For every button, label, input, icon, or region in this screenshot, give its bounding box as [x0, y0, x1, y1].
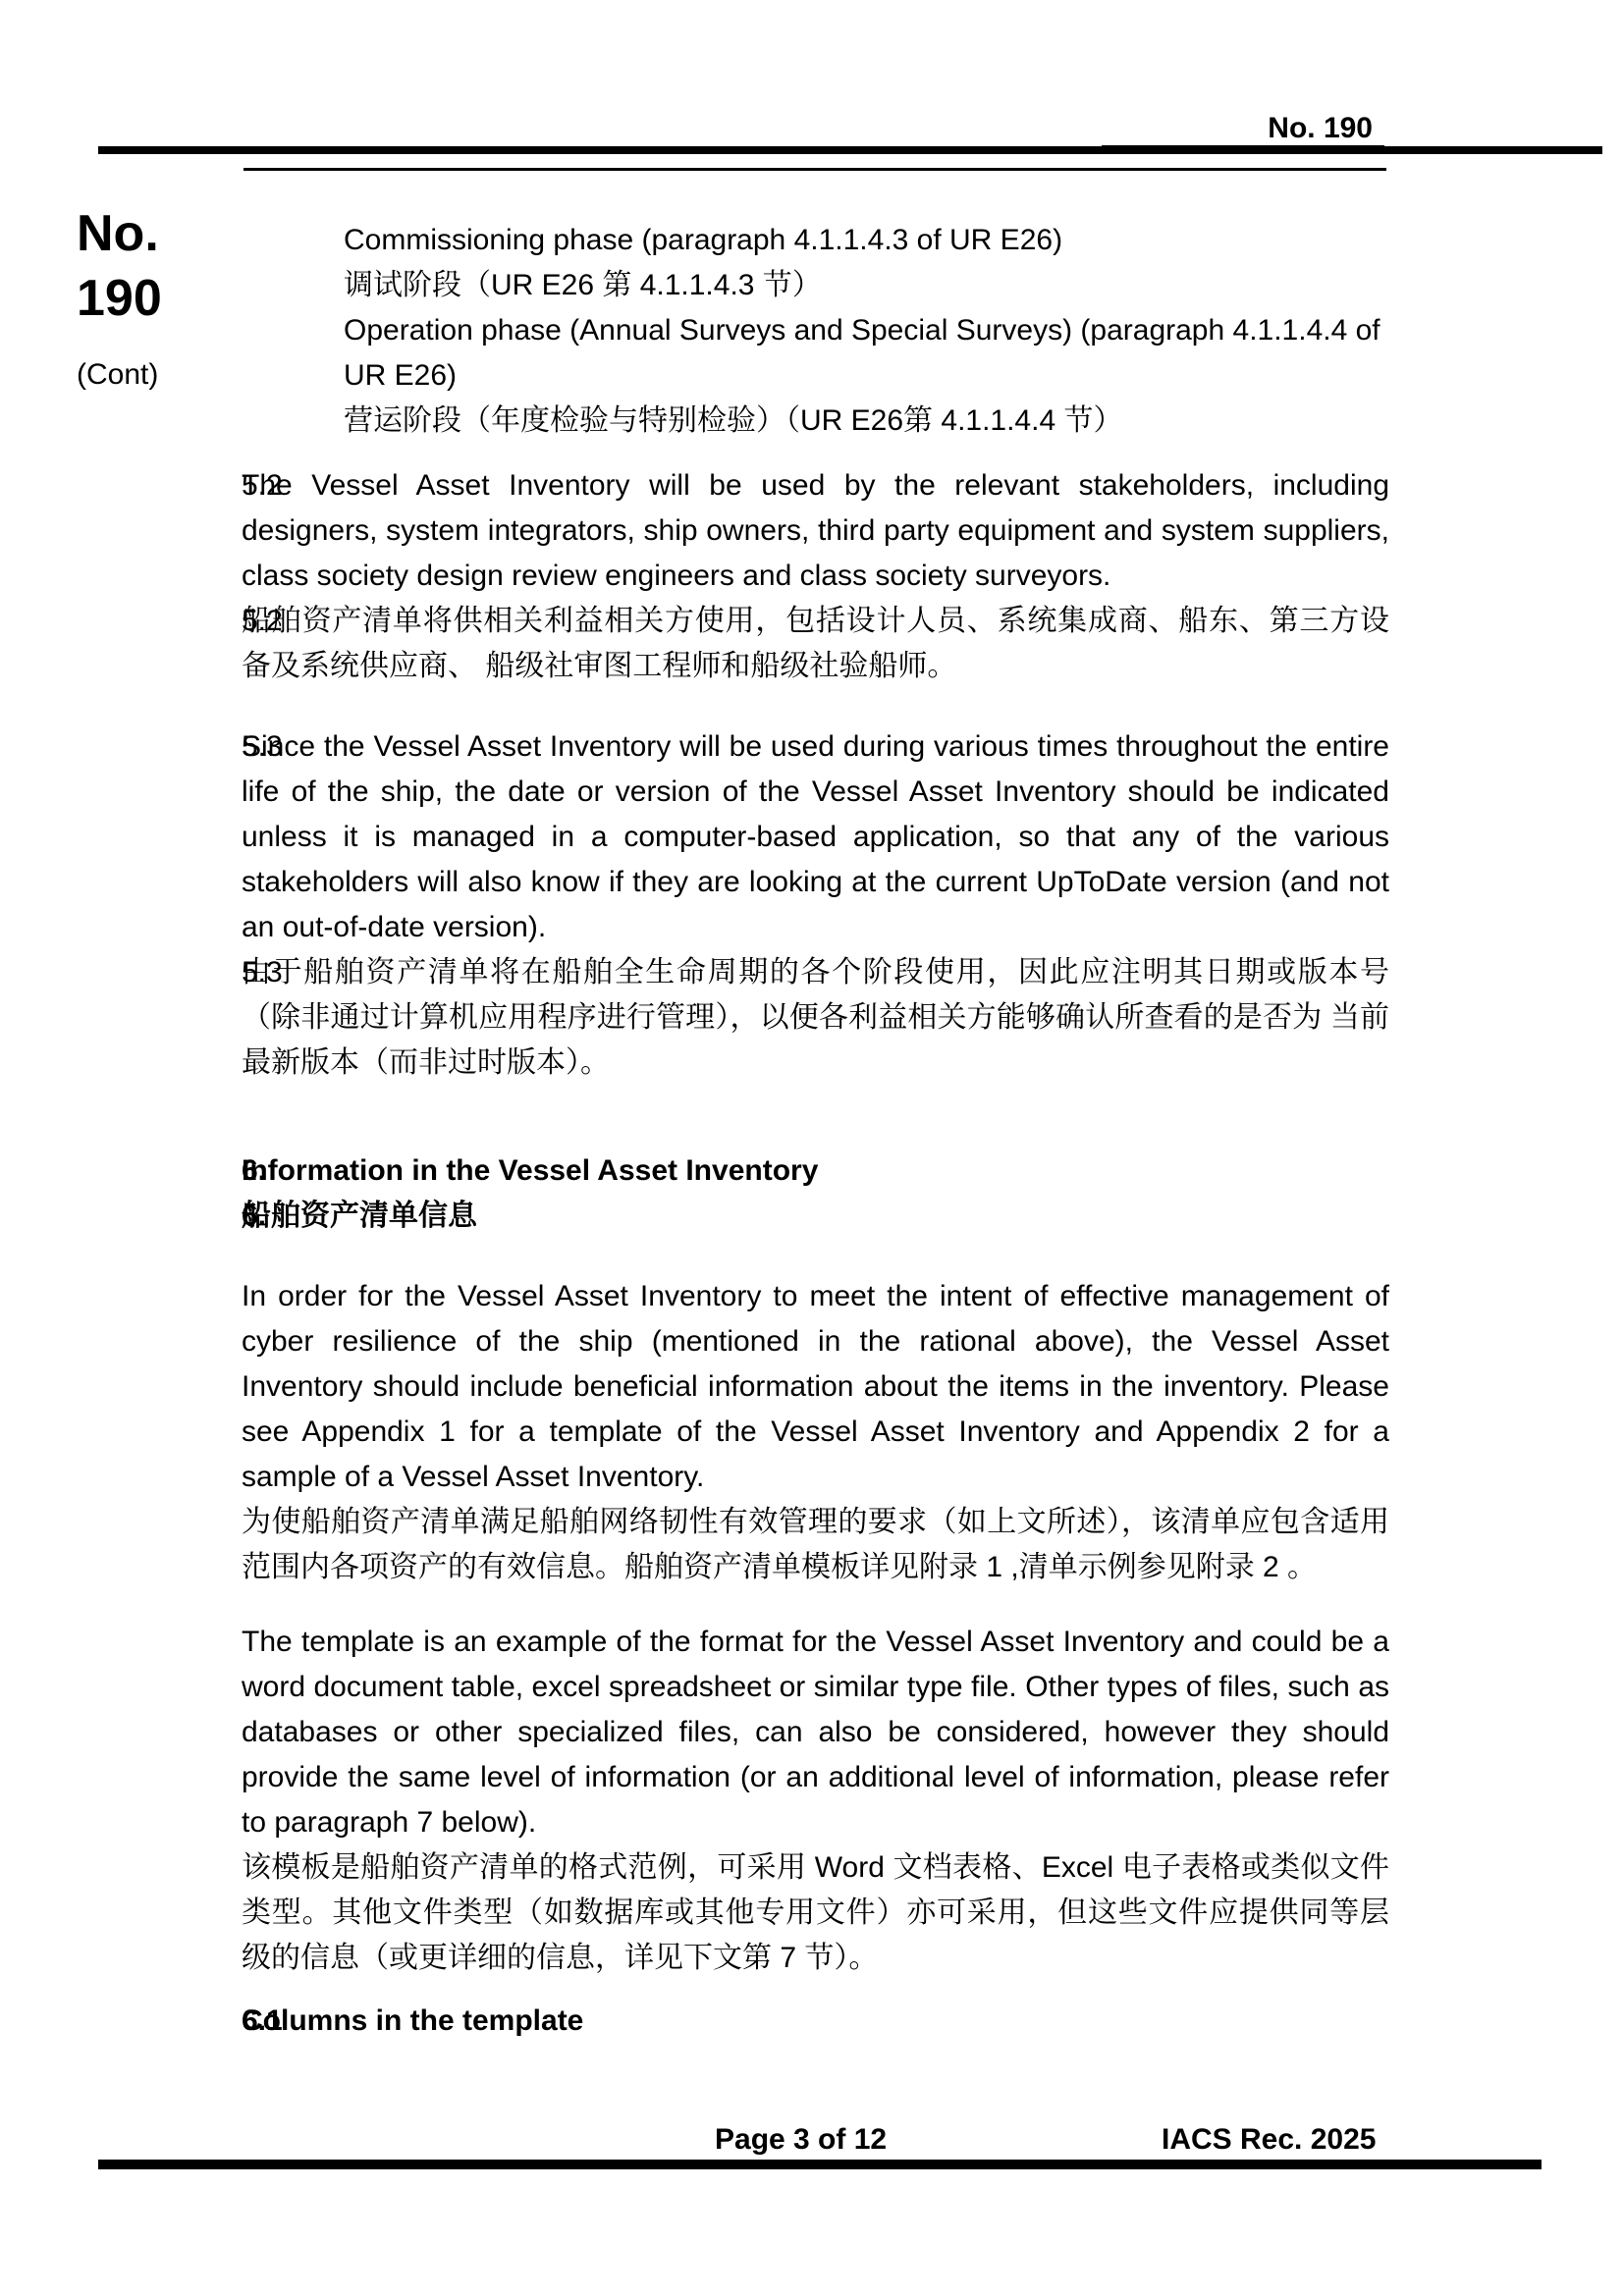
- heading-number: 6.: [242, 1148, 266, 1194]
- heading-number: 6.1: [242, 1999, 283, 2044]
- document-page: No. 190 No. 190 (Cont) Commissioning pha…: [0, 0, 1623, 2296]
- section-5-3: 5.3 Since the Vessel Asset Inventory wil…: [242, 724, 1389, 1086]
- paragraph-text-en: Since the Vessel Asset Inventory will be…: [242, 724, 1389, 950]
- paragraph-template-zh: 该模板是船舶资产清单的格式范例，可采用 Word 文档表格、Excel 电子表格…: [242, 1845, 1389, 1981]
- intro-line-commissioning-en: Commissioning phase (paragraph 4.1.1.4.3…: [344, 218, 1389, 263]
- paragraph-5-2-zh: 5.2 船舶资产清单将供相关利益相关方使用，包括设计人员、系统集成商、船东、第三…: [242, 599, 1389, 689]
- footer-rule-thick: [98, 2160, 1542, 2169]
- intro-line-operation-zh: 营运阶段（年度检验与特别检验）（UR E26第 4.1.1.4.4 节）: [344, 399, 1389, 444]
- paragraph-text-zh: 船舶资产清单将供相关利益相关方使用，包括设计人员、系统集成商、船东、第三方设备及…: [242, 599, 1389, 689]
- paragraph-number: 5.3: [242, 724, 283, 770]
- paragraph-number: 5.2: [242, 599, 283, 644]
- footer-doc-reference: IACS Rec. 2025: [1162, 2123, 1376, 2157]
- heading-6-en: 6. Information in the Vessel Asset Inven…: [242, 1148, 1389, 1194]
- paragraph-in-order: In order for the Vessel Asset Inventory …: [242, 1274, 1389, 1590]
- intro-line-operation-en: Operation phase (Annual Surveys and Spec…: [344, 308, 1389, 399]
- section-5-2: 5.2 The Vessel Asset Inventory will be u…: [242, 463, 1389, 689]
- paragraph-text-zh: 由于船舶资产清单将在船舶全生命周期的各个阶段使用，因此应注明其日期或版本号 （除…: [242, 950, 1389, 1086]
- margin-label-number: 190: [77, 266, 162, 331]
- footer-page-number: Page 3 of 12: [715, 2123, 887, 2157]
- header-rule-thin: [243, 168, 1386, 171]
- margin-label: No. 190 (Cont): [77, 201, 162, 392]
- intro-line-commissioning-zh: 调试阶段（UR E26 第 4.1.1.4.3 节）: [344, 263, 1389, 308]
- paragraph-number: 5.2: [242, 463, 283, 508]
- paragraph-template-en: The template is an example of the format…: [242, 1620, 1389, 1845]
- paragraph-in-order-zh: 为使船舶资产清单满足船舶网络韧性有效管理的要求（如上文所述），该清单应包含适用范…: [242, 1500, 1389, 1590]
- paragraph-in-order-en: In order for the Vessel Asset Inventory …: [242, 1274, 1389, 1500]
- section-6-1-heading: 6.1 Columns in the template: [242, 1999, 1389, 2044]
- paragraph-5-3-en: 5.3 Since the Vessel Asset Inventory wil…: [242, 724, 1389, 950]
- header-doc-number: No. 190: [1102, 112, 1384, 149]
- paragraph-5-3-zh: 5.3 由于船舶资产清单将在船舶全生命周期的各个阶段使用，因此应注明其日期或版本…: [242, 950, 1389, 1086]
- paragraph-template: The template is an example of the format…: [242, 1620, 1389, 1981]
- paragraph-5-2-en: 5.2 The Vessel Asset Inventory will be u…: [242, 463, 1389, 599]
- intro-block: Commissioning phase (paragraph 4.1.1.4.3…: [242, 218, 1389, 444]
- heading-6-zh: 6. 船舶资产清单信息: [242, 1194, 1389, 1239]
- heading-text-zh: 船舶资产清单信息: [242, 1194, 1389, 1239]
- main-content: Commissioning phase (paragraph 4.1.1.4.3…: [242, 218, 1389, 2044]
- heading-text-en: Information in the Vessel Asset Inventor…: [242, 1148, 1389, 1194]
- margin-label-cont: (Cont): [77, 358, 162, 392]
- paragraph-text-en: The Vessel Asset Inventory will be used …: [242, 463, 1389, 599]
- paragraph-number: 5.3: [242, 950, 283, 995]
- header-rule-thick: [98, 146, 1602, 154]
- section-6-heading: 6. Information in the Vessel Asset Inven…: [242, 1148, 1389, 1239]
- heading-text: Columns in the template: [242, 1999, 1389, 2044]
- margin-label-no: No.: [77, 201, 162, 266]
- heading-number: 6.: [242, 1194, 266, 1239]
